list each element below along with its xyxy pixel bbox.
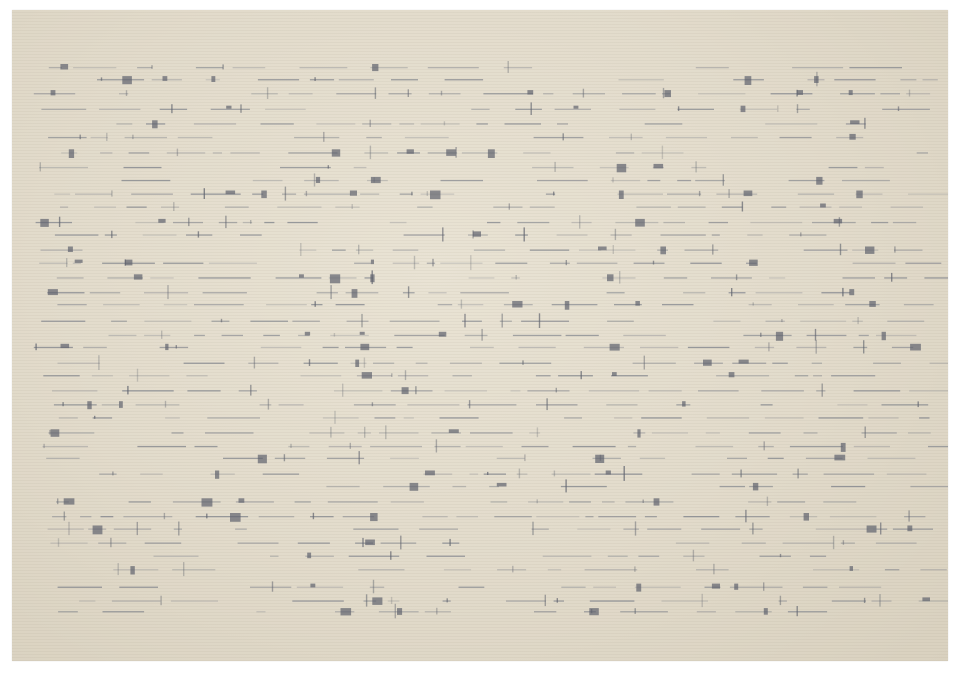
rug-image bbox=[12, 10, 948, 661]
crackle-pattern bbox=[12, 10, 948, 661]
